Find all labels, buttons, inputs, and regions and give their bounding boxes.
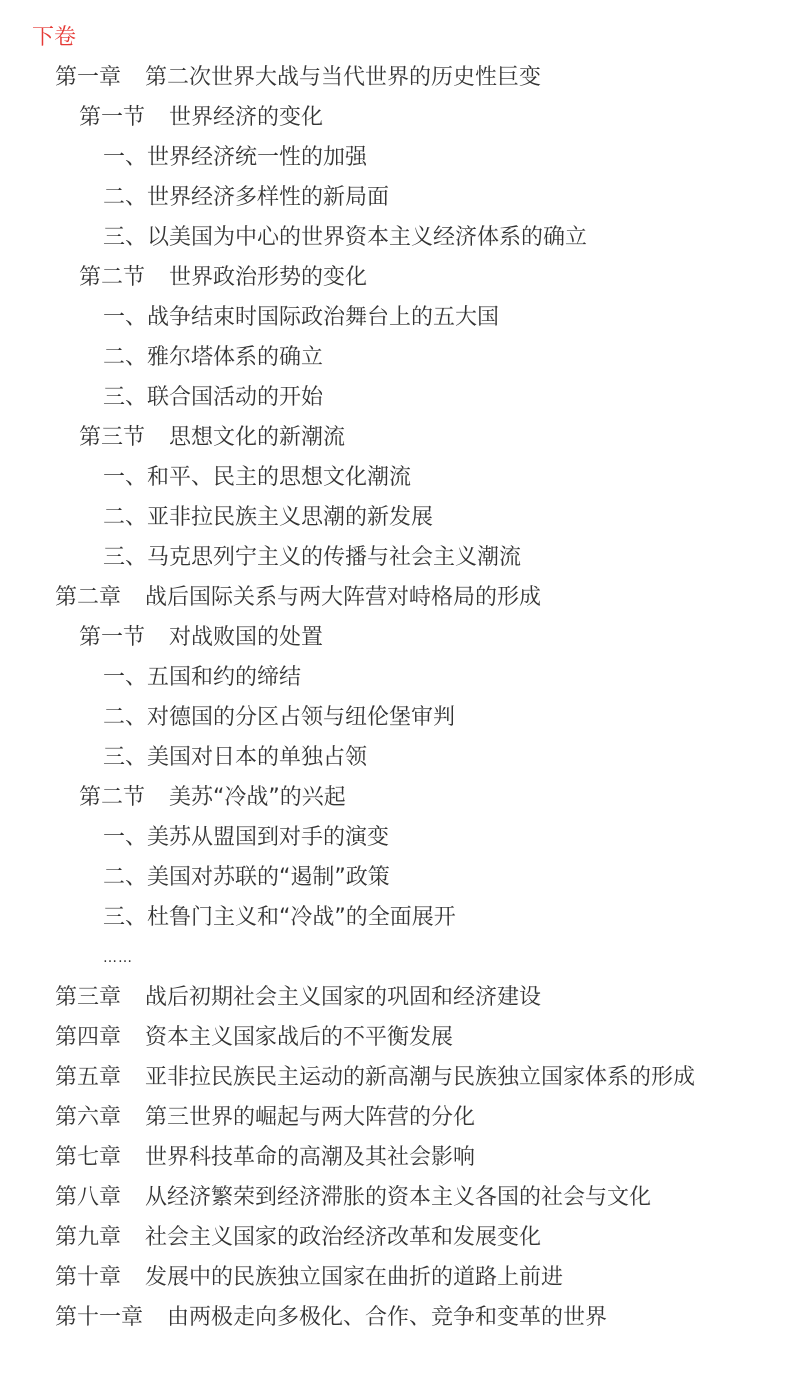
toc-section[interactable]: 第一节对战败国的处置 — [0, 618, 790, 658]
entry-number: 三、 — [103, 738, 147, 778]
entry-title: …… — [103, 950, 133, 966]
entry-number: 第一节 — [79, 98, 145, 138]
entry-number: 第十章 — [55, 1258, 121, 1298]
entry-title: 五国和约的缔结 — [147, 665, 301, 690]
toc-item[interactable]: 一、和平、民主的思想文化潮流 — [0, 458, 790, 498]
entry-title: 世界经济的变化 — [169, 105, 323, 130]
entry-number: 一、 — [103, 298, 147, 338]
entry-number: 二、 — [103, 178, 147, 218]
entry-title: 世界经济统一性的加强 — [147, 145, 367, 170]
toc-section[interactable]: 第二节美苏“冷战”的兴起 — [0, 778, 790, 818]
toc-chapter[interactable]: 第四章资本主义国家战后的不平衡发展 — [0, 1018, 790, 1058]
entry-title: 思想文化的新潮流 — [169, 425, 345, 450]
entry-title: 以美国为中心的世界资本主义经济体系的确立 — [147, 225, 587, 250]
entry-number: 第三节 — [79, 418, 145, 458]
entry-title: 美国对苏联的“遏制”政策 — [147, 865, 390, 890]
entry-title: 联合国活动的开始 — [147, 385, 323, 410]
toc-entries: 第一章第二次世界大战与当代世界的历史性巨变第一节世界经济的变化一、世界经济统一性… — [0, 58, 790, 1338]
toc-chapter[interactable]: 第一章第二次世界大战与当代世界的历史性巨变 — [0, 58, 790, 98]
entry-title: 世界科技革命的高潮及其社会影响 — [145, 1145, 475, 1170]
entry-title: 战后初期社会主义国家的巩固和经济建设 — [145, 985, 541, 1010]
entry-number: 二、 — [103, 698, 147, 738]
entry-number: 第六章 — [55, 1098, 121, 1138]
toc-section[interactable]: 第三节思想文化的新潮流 — [0, 418, 790, 458]
toc-chapter[interactable]: 第十一章由两极走向多极化、合作、竞争和变革的世界 — [0, 1298, 790, 1338]
toc-section[interactable]: 第二节世界政治形势的变化 — [0, 258, 790, 298]
toc-item[interactable]: 三、美国对日本的单独占领 — [0, 738, 790, 778]
entry-title: 世界经济多样性的新局面 — [147, 185, 389, 210]
entry-number: 一、 — [103, 658, 147, 698]
toc-item[interactable]: 二、美国对苏联的“遏制”政策 — [0, 858, 790, 898]
entry-title: 第二次世界大战与当代世界的历史性巨变 — [145, 65, 541, 90]
entry-number: 第八章 — [55, 1178, 121, 1218]
entry-title: 社会主义国家的政治经济改革和发展变化 — [145, 1225, 541, 1250]
entry-title: 对战败国的处置 — [169, 625, 323, 650]
toc-item[interactable]: 一、美苏从盟国到对手的演变 — [0, 818, 790, 858]
volume-heading: 下卷 — [0, 18, 790, 58]
entry-number: 第三章 — [55, 978, 121, 1018]
entry-number: 三、 — [103, 898, 147, 938]
entry-number: 第七章 — [55, 1138, 121, 1178]
entry-number: 第一节 — [79, 618, 145, 658]
entry-title: 第三世界的崛起与两大阵营的分化 — [145, 1105, 475, 1130]
toc-item[interactable]: 二、对德国的分区占领与纽伦堡审判 — [0, 698, 790, 738]
entry-number: 第二节 — [79, 258, 145, 298]
entry-title: 由两极走向多极化、合作、竞争和变革的世界 — [167, 1305, 607, 1330]
entry-number: 三、 — [103, 378, 147, 418]
entry-number: 第一章 — [55, 58, 121, 98]
entry-title: 和平、民主的思想文化潮流 — [147, 465, 411, 490]
entry-title: 杜鲁门主义和“冷战”的全面展开 — [147, 905, 456, 930]
toc-section[interactable]: 第一节世界经济的变化 — [0, 98, 790, 138]
entry-title: 发展中的民族独立国家在曲折的道路上前进 — [145, 1265, 563, 1290]
toc-chapter[interactable]: 第六章第三世界的崛起与两大阵营的分化 — [0, 1098, 790, 1138]
entry-number: 第九章 — [55, 1218, 121, 1258]
table-of-contents: 下卷 第一章第二次世界大战与当代世界的历史性巨变第一节世界经济的变化一、世界经济… — [0, 18, 790, 1338]
toc-chapter[interactable]: 第二章战后国际关系与两大阵营对峙格局的形成 — [0, 578, 790, 618]
entry-title: 美国对日本的单独占领 — [147, 745, 367, 770]
entry-title: 资本主义国家战后的不平衡发展 — [145, 1025, 453, 1050]
entry-title: 战后国际关系与两大阵营对峙格局的形成 — [145, 585, 541, 610]
toc-chapter[interactable]: 第五章亚非拉民族民主运动的新高潮与民族独立国家体系的形成 — [0, 1058, 790, 1098]
toc-ellipsis: …… — [0, 938, 790, 978]
entry-title: 亚非拉民族主义思潮的新发展 — [147, 505, 433, 530]
entry-number: 二、 — [103, 498, 147, 538]
toc-item[interactable]: 二、亚非拉民族主义思潮的新发展 — [0, 498, 790, 538]
entry-number: 三、 — [103, 538, 147, 578]
toc-item[interactable]: 三、杜鲁门主义和“冷战”的全面展开 — [0, 898, 790, 938]
toc-chapter[interactable]: 第八章从经济繁荣到经济滞胀的资本主义各国的社会与文化 — [0, 1178, 790, 1218]
entry-number: 第十一章 — [55, 1298, 143, 1338]
toc-item[interactable]: 三、联合国活动的开始 — [0, 378, 790, 418]
toc-item[interactable]: 二、雅尔塔体系的确立 — [0, 338, 790, 378]
entry-title: 世界政治形势的变化 — [169, 265, 367, 290]
toc-chapter[interactable]: 第七章世界科技革命的高潮及其社会影响 — [0, 1138, 790, 1178]
entry-number: 一、 — [103, 458, 147, 498]
toc-item[interactable]: 一、战争结束时国际政治舞台上的五大国 — [0, 298, 790, 338]
entry-number: 第四章 — [55, 1018, 121, 1058]
entry-title: 对德国的分区占领与纽伦堡审判 — [147, 705, 455, 730]
entry-number: 一、 — [103, 818, 147, 858]
entry-title: 从经济繁荣到经济滞胀的资本主义各国的社会与文化 — [145, 1185, 651, 1210]
toc-chapter[interactable]: 第九章社会主义国家的政治经济改革和发展变化 — [0, 1218, 790, 1258]
toc-item[interactable]: 三、以美国为中心的世界资本主义经济体系的确立 — [0, 218, 790, 258]
toc-item[interactable]: 一、五国和约的缔结 — [0, 658, 790, 698]
entry-number: 第二节 — [79, 778, 145, 818]
toc-item[interactable]: 三、马克思列宁主义的传播与社会主义潮流 — [0, 538, 790, 578]
entry-title: 雅尔塔体系的确立 — [147, 345, 323, 370]
entry-number: 二、 — [103, 338, 147, 378]
toc-item[interactable]: 一、世界经济统一性的加强 — [0, 138, 790, 178]
entry-number: 二、 — [103, 858, 147, 898]
entry-number: 一、 — [103, 138, 147, 178]
entry-title: 美苏“冷战”的兴起 — [169, 785, 346, 810]
toc-item[interactable]: 二、世界经济多样性的新局面 — [0, 178, 790, 218]
entry-number: 第五章 — [55, 1058, 121, 1098]
toc-chapter[interactable]: 第三章战后初期社会主义国家的巩固和经济建设 — [0, 978, 790, 1018]
entry-title: 美苏从盟国到对手的演变 — [147, 825, 389, 850]
entry-number: 三、 — [103, 218, 147, 258]
entry-title: 战争结束时国际政治舞台上的五大国 — [147, 305, 499, 330]
entry-number: 第二章 — [55, 578, 121, 618]
toc-chapter[interactable]: 第十章发展中的民族独立国家在曲折的道路上前进 — [0, 1258, 790, 1298]
entry-title: 马克思列宁主义的传播与社会主义潮流 — [147, 545, 521, 570]
entry-title: 亚非拉民族民主运动的新高潮与民族独立国家体系的形成 — [145, 1065, 695, 1090]
